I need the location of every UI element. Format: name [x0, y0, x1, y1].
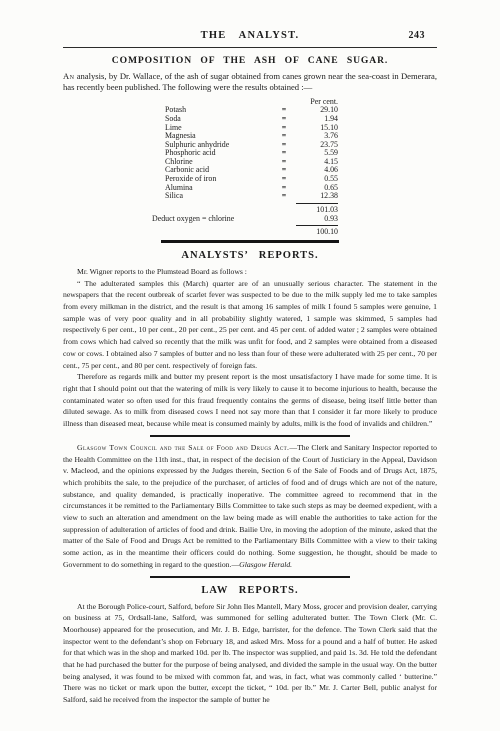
wigner-quote-paragraph-1: “ The adulterated samples this (March) q…: [63, 278, 437, 372]
section-divider: [150, 435, 350, 437]
equals-sign: =: [272, 192, 296, 201]
law-reports-paragraph: At the Borough Police-court, Salford, be…: [63, 601, 437, 706]
table-deduct-row: Deduct oxygen = chlorine0.93: [152, 214, 338, 223]
glasgow-lead: Glasgow Town Council and the Sale of Foo…: [77, 443, 289, 452]
table-total-row: 100.10: [152, 223, 338, 236]
running-head: THE ANALYST.: [201, 30, 300, 41]
journal-page: THE ANALYST. 243 COMPOSITION OF THE ASH …: [0, 0, 500, 731]
intro-text: analysis, by Dr. Wallace, of the ash of …: [63, 71, 437, 92]
wigner-quote-paragraph-2: Therefore as regards milk and butter my …: [63, 371, 437, 430]
glasgow-source: Glasgow Herald.: [239, 560, 292, 569]
row-value: 12.38: [296, 192, 338, 201]
glasgow-paragraph: Glasgow Town Council and the Sale of Foo…: [63, 442, 437, 571]
masthead-rule: [63, 47, 437, 48]
glasgow-body: —The Clerk and Sanitary Inspector report…: [63, 443, 437, 569]
analysts-reports-heading: ANALYSTS’ REPORTS.: [63, 249, 437, 262]
ash-analysis-table: Per cent. Potash=29.10 Soda=1.94 Lime=15…: [152, 97, 338, 237]
section-divider: [150, 576, 350, 578]
article-end-rule: [161, 240, 339, 243]
table-row: Silica=12.38: [152, 192, 338, 201]
law-reports-heading: LAW REPORTS.: [63, 584, 437, 597]
table-subtotal-row: 101.03: [152, 201, 338, 214]
deduct-label: Deduct oxygen = chlorine: [152, 214, 296, 223]
article-title: COMPOSITION OF THE ASH OF CANE SUGAR.: [63, 55, 437, 67]
intro-paragraph: An analysis, by Dr. Wallace, of the ash …: [63, 71, 437, 94]
intro-lead: An: [63, 71, 74, 81]
wigner-intro-line: Mr. Wigner reports to the Plumstead Boar…: [63, 266, 437, 278]
page-number: 243: [409, 30, 426, 42]
row-label: Silica: [152, 192, 272, 201]
subtotal-value: 101.03: [296, 203, 338, 214]
deduct-value: 0.93: [296, 214, 338, 223]
total-value: 100.10: [296, 225, 338, 236]
masthead: THE ANALYST. 243: [63, 30, 437, 42]
